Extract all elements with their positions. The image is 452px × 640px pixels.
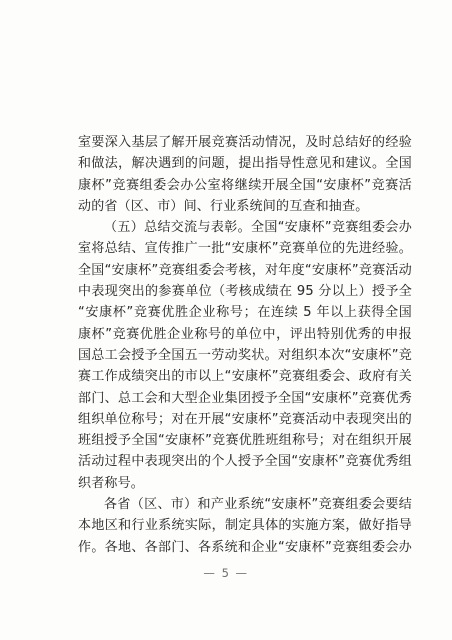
text-line: 室要深入基层了解开展竞赛活动情况，及时总结好的经验 xyxy=(78,132,412,153)
document-body: 室要深入基层了解开展竞赛活动情况，及时总结好的经验 和做法，解决遇到的问题，提出… xyxy=(78,132,412,558)
text-line: 本地区和行业系统实际，制定具体的实施方案，做好指导工 xyxy=(78,515,412,536)
text-line: 动的省（区、市）间、行业系统间的互查和抽查。 xyxy=(78,196,412,217)
text-line: 赛工作成绩突出的市以上“安康杯”竞赛组委会、政府有关 xyxy=(78,366,412,387)
text-line: 全国“安康杯”竞赛组委会考核，对年度“安康杯”竞赛活动 xyxy=(78,260,412,281)
text-line: 组织单位称号；对在开展“安康杯”竞赛活动中表现突出的 xyxy=(78,409,412,430)
text-line: 康杯”竞赛组委会办公室将继续开展全国“安康杯”竞赛活 xyxy=(78,175,412,196)
text-line: 国总工会授予全国五一劳动奖状。对组织本次“安康杯”竞 xyxy=(78,345,412,366)
scanned-document-page: 室要深入基层了解开展竞赛活动情况，及时总结好的经验 和做法，解决遇到的问题，提出… xyxy=(0,0,452,640)
text-line: 室将总结、宣传推广一批“安康杯”竞赛单位的先进经验。经 xyxy=(78,238,412,259)
text-line: 作。各地、各部门、各系统和企业“安康杯”竞赛组委会办公 xyxy=(78,537,412,558)
text-line: （五）总结交流与表彰。全国“安康杯”竞赛组委会办公 xyxy=(78,217,412,238)
page-number: — 5 — xyxy=(0,565,452,581)
text-line: “安康杯”竞赛优胜企业称号；在连续 5 年以上获得全国“安 xyxy=(78,302,412,323)
text-line: 中表现突出的参赛单位（考核成绩在 95 分以上）授予全国 xyxy=(78,281,412,302)
text-line: 各省（区、市）和产业系统“安康杯”竞赛组委会要结合 xyxy=(78,494,412,515)
text-line: 班组授予全国“安康杯”竞赛优胜班组称号；对在组织开展 xyxy=(78,430,412,451)
text-line: 康杯”竞赛优胜企业称号的单位中，评出特别优秀的申报全 xyxy=(78,324,412,345)
text-line: 织者称号。 xyxy=(78,473,412,494)
text-line: 和做法，解决遇到的问题，提出指导性意见和建议。全国“安 xyxy=(78,153,412,174)
text-line: 活动过程中表现突出的个人授予全国“安康杯”竞赛优秀组 xyxy=(78,451,412,472)
text-line: 部门、总工会和大型企业集团授予全国“安康杯”竞赛优秀 xyxy=(78,388,412,409)
